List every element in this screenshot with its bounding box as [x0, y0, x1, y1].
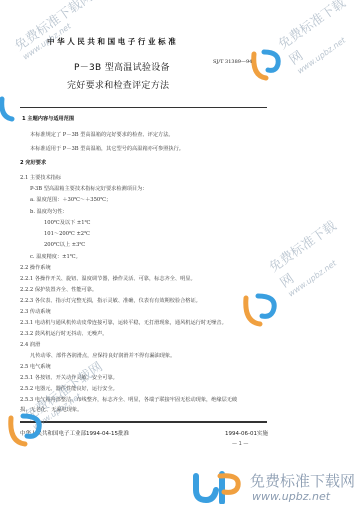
clause-2-3-2: 2.3.2 鼓风机运行时无抖动、无噪声。: [20, 330, 107, 337]
brand-footer: 免费标准下载网 www.upbz.net: [190, 468, 355, 508]
up-logo-icon: [240, 290, 280, 330]
watermark-url: www.upbz.net: [21, 2, 101, 62]
item-b: b. 温度均匀性：: [30, 208, 68, 215]
clause-2-3-1: 2.3.1 电动机与通风机传动皮带连接可靠，运转平稳，无打滑现象，通风机运行时无…: [20, 319, 227, 326]
header-divider: [20, 107, 267, 108]
clause-2-5-3: 2.5.3 电气箱内部整洁，布线整齐，标志齐全、明显，各端子联接牢固无松动现象，…: [20, 396, 237, 403]
up-logo-icon: [190, 470, 244, 504]
section-1-paragraph-2: 本标准适用于 P－3B 型高温箱，其它型号的高温箱亦可参照执行。: [30, 145, 184, 152]
watermark-site-name: 免费标准下载网: [265, 208, 360, 291]
effective-date: 1994-06-01实施: [225, 429, 268, 437]
watermark-mid-right: 免费标准下载网 www.upbz.net: [265, 208, 360, 298]
item-c: c. 温度精度：±1℃。: [30, 253, 81, 260]
issuing-body-header: 中华人民共和国电子行业标准: [47, 36, 178, 47]
watermark-top-left: 免费标准下载网 www.upbz.net: [10, 0, 101, 62]
watermark-top-right: 免费标准下载网 www.upbz.net: [274, 0, 360, 76]
clause-2-2-2: 2.2.2 保护装置齐全、性能可靠。: [20, 286, 97, 293]
watermark-url: www.upbz.net: [286, 240, 360, 299]
clause-2-1-intro: P-3B 型高温箱主要技术指标完好要求检测项目为：: [30, 185, 147, 192]
section-2-heading: 2 完好要求: [20, 159, 46, 166]
item-b-row-3: 200℃以上 ±3℃: [44, 241, 85, 248]
item-a: a. 温度范围：＋30℃～＋350℃；: [30, 196, 111, 203]
clause-2-5-2: 2.5.2 电器元、器件性能良好，运行安全。: [20, 385, 118, 392]
up-logo-icon: [0, 95, 22, 123]
clause-2-5-3-cont: 损、无老化、无漏电现象。: [20, 406, 82, 413]
standard-code: SJ/T 31389—94: [213, 59, 252, 65]
title-line-2: 完好要求和检查评定方法: [67, 78, 169, 91]
section-1-paragraph-1: 本标准规定了 P－3B 型高温箱的完好要求的检查、评定方法。: [30, 131, 174, 138]
brand-site-name: 免费标准下载网: [250, 470, 355, 491]
clause-2-1: 2.1 主要技术指标: [20, 174, 61, 181]
up-logo-icon: [250, 48, 284, 82]
approval-date: 中华人民共和国电子工业部1994-04-15批准: [20, 429, 129, 437]
clause-2-4: 2.4 润滑: [20, 341, 40, 348]
clause-2-4-text: 凡传动零、部件各润滑点，应保持良好润滑并不得有漏油现象。: [30, 352, 175, 359]
page-number: — 1 —: [232, 441, 248, 447]
clause-2-2: 2.2 操作系统: [20, 264, 51, 271]
clause-2-5: 2.5 电气系统: [20, 363, 51, 370]
footer-divider: [20, 421, 267, 423]
clause-2-2-3: 2.2.3 各仪表、指示灯完整无损，指示灵敏、准确，仪表有有效期校验合格证。: [20, 297, 201, 304]
brand-url: www.upbz.net: [252, 490, 330, 503]
clause-2-5-1: 2.5.1 各按钮、开关动作灵敏、安全可靠。: [20, 374, 118, 381]
clause-2-3: 2.3 传动系统: [20, 308, 51, 315]
item-b-row-1: 100℃及以下 ±1℃: [44, 219, 90, 226]
section-1-heading: 1 主题内容与适用范围: [22, 115, 74, 122]
watermark-url: www.upbz.net: [296, 22, 360, 75]
title-line-1: P－3B 型高温试验设备: [74, 60, 170, 73]
item-b-row-2: 101～200℃ ±2℃: [44, 230, 90, 237]
watermark-site-name: 免费标准下载网: [274, 0, 360, 68]
clause-2-2-1: 2.2.1 各操作开关、旋钮、温度调节器，操作灵活、可靠，标志齐全、明显。: [20, 275, 196, 282]
